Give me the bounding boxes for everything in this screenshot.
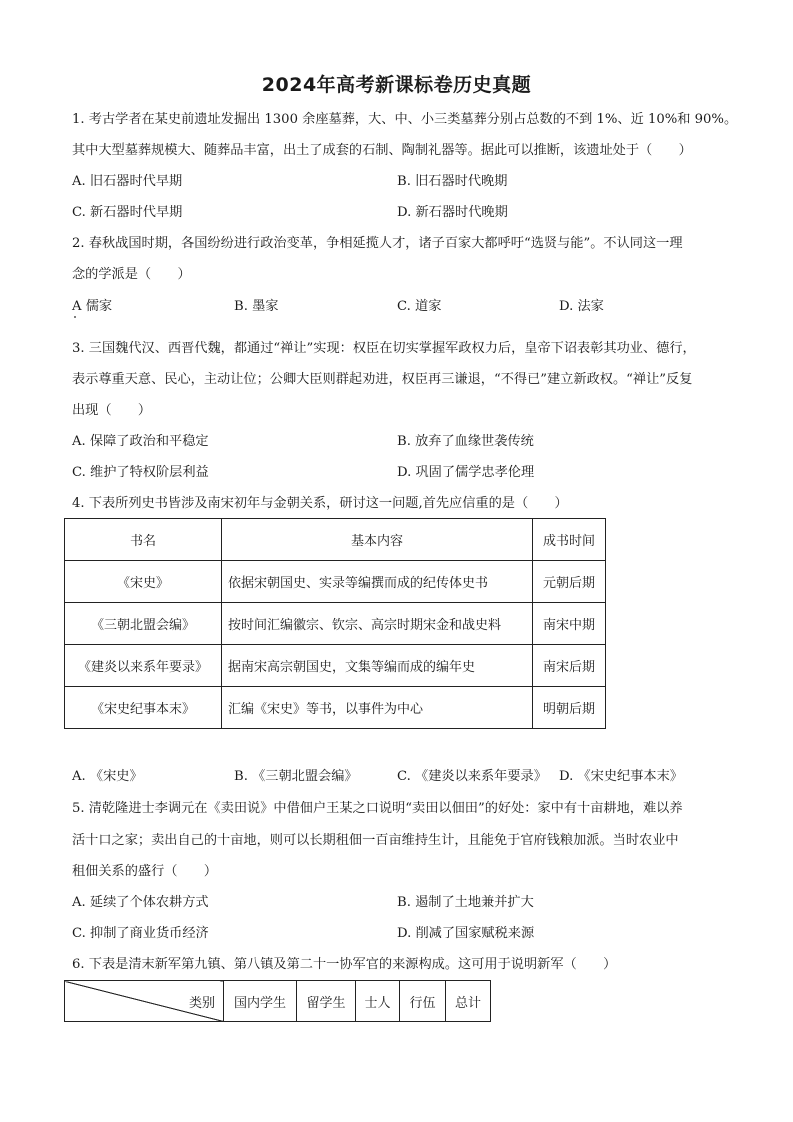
question-6-table: 类别 国内学生 留学生 士人 行伍 总计 xyxy=(64,980,491,1022)
table-header-cell: 行伍 xyxy=(400,981,446,1022)
table-row: 《宋史纪事本末》 汇编《宋史》等书，以事件为中心 明朝后期 xyxy=(65,687,606,729)
question-3-text-line-1: 3. 三国魏代汉、西晋代魏，都通过“禅让”实现：权臣在切实掌握军政权力后，皇帝下… xyxy=(72,340,696,358)
question-5-text-line-2: 活十口之家；卖出自己的十亩地，则可以长期租佃一百亩维持生计，且能免于官府钱粮加派… xyxy=(72,832,679,850)
table-header-cell: 总计 xyxy=(446,981,491,1022)
table-header-cell: 国内学生 xyxy=(224,981,297,1022)
question-2-option-a: A 儒家 xyxy=(72,298,112,316)
question-3-text-line-3: 出现（ ） xyxy=(72,402,151,420)
question-2-text-line-2: 念的学派是（ ） xyxy=(72,266,191,284)
question-5-option-c: C. 抑制了商业货币经济 xyxy=(72,925,209,943)
question-1-text-line-1: 1. 考古学者在某史前遗址发掘出 1300 余座墓葬，大、中、小三类墓葬分别占总… xyxy=(72,111,737,129)
table-header-cell: 士人 xyxy=(356,981,400,1022)
table-header-cell: 基本内容 xyxy=(222,519,533,561)
question-3-option-b: B. 放弃了血缘世袭传统 xyxy=(397,433,534,451)
question-1-text-line-2: 其中大型墓葬规模大、随葬品丰富，出土了成套的石制、陶制礼器等。据此可以推断，该遗… xyxy=(72,142,692,160)
question-1-option-b: B. 旧石器时代晚期 xyxy=(397,173,507,191)
question-3-option-a: A. 保障了政治和平稳定 xyxy=(72,433,209,451)
table-row: 《三朝北盟会编》 按时间汇编徽宗、钦宗、高宗时期宋金和战史料 南宋中期 xyxy=(65,603,606,645)
question-3-option-d: D. 巩固了儒学忠孝伦理 xyxy=(397,464,534,482)
diagonal-header-cell: 类别 xyxy=(65,981,224,1022)
table-cell: 元朝后期 xyxy=(533,561,606,603)
table-header-cell: 成书时间 xyxy=(533,519,606,561)
question-3-option-c: C. 维护了特权阶层利益 xyxy=(72,464,209,482)
stray-mark xyxy=(74,316,76,318)
table-cell: 据南宋高宗朝国史，文集等编而成的编年史 xyxy=(222,645,533,687)
table-header-row: 书名 基本内容 成书时间 xyxy=(65,519,606,561)
question-4-option-c: C. 《建炎以来系年要录》 xyxy=(397,768,547,786)
question-5-option-a: A. 延续了个体农耕方式 xyxy=(72,894,209,912)
question-4-option-d: D. 《宋史纪事本末》 xyxy=(559,768,683,786)
table-cell: 《三朝北盟会编》 xyxy=(65,603,222,645)
table-cell: 《建炎以来系年要录》 xyxy=(65,645,222,687)
table-cell: 汇编《宋史》等书，以事件为中心 xyxy=(222,687,533,729)
table-cell: 南宋后期 xyxy=(533,645,606,687)
page-title: 2024年高考新课标卷历史真题 xyxy=(0,70,793,97)
question-3-text-line-2: 表示尊重天意、民心，主动让位；公卿大臣则群起劝进，权臣再三谦退，“不得已”建立新… xyxy=(72,371,692,389)
question-1-option-c: C. 新石器时代早期 xyxy=(72,204,182,222)
question-5-text-line-3: 租佃关系的盛行（ ） xyxy=(72,863,217,881)
question-4-option-a: A. 《宋史》 xyxy=(72,768,143,786)
question-1-option-d: D. 新石器时代晚期 xyxy=(397,204,508,222)
table-cell: 南宋中期 xyxy=(533,603,606,645)
question-4-option-b: B. 《三朝北盟会编》 xyxy=(234,768,358,786)
question-2-text-line-1: 2. 春秋战国时期，各国纷纷进行政治变革，争相延揽人才，诸子百家大都呼吁“选贤与… xyxy=(72,235,683,253)
table-header-row: 类别 国内学生 留学生 士人 行伍 总计 xyxy=(65,981,491,1022)
question-5-option-d: D. 削减了国家赋税来源 xyxy=(397,925,534,943)
question-5-text-line-1: 5. 清乾隆进士李调元在《卖田说》中借佃户王某之口说明“卖田以佃田”的好处：家中… xyxy=(72,800,683,818)
question-1-option-a: A. 旧石器时代早期 xyxy=(72,173,182,191)
question-2-option-c: C. 道家 xyxy=(397,298,441,316)
table-cell: 依据宋朝国史、实录等编撰而成的纪传体史书 xyxy=(222,561,533,603)
table-cell: 《宋史》 xyxy=(65,561,222,603)
question-4-table: 书名 基本内容 成书时间 《宋史》 依据宋朝国史、实录等编撰而成的纪传体史书 元… xyxy=(64,518,606,729)
question-5-option-b: B. 遏制了土地兼并扩大 xyxy=(397,894,534,912)
question-2-option-b: B. 墨家 xyxy=(234,298,278,316)
table-cell: 《宋史纪事本末》 xyxy=(65,687,222,729)
table-cell: 按时间汇编徽宗、钦宗、高宗时期宋金和战史料 xyxy=(222,603,533,645)
question-6-text-line-1: 6. 下表是清末新军第九镇、第八镇及第二十一协军官的来源构成。这可用于说明新军（… xyxy=(72,956,616,974)
table-header-cell: 书名 xyxy=(65,519,222,561)
question-2-option-d: D. 法家 xyxy=(559,298,604,316)
table-row: 《建炎以来系年要录》 据南宋高宗朝国史，文集等编而成的编年史 南宋后期 xyxy=(65,645,606,687)
table-header-cell: 留学生 xyxy=(297,981,356,1022)
table-row: 《宋史》 依据宋朝国史、实录等编撰而成的纪传体史书 元朝后期 xyxy=(65,561,606,603)
table-cell: 明朝后期 xyxy=(533,687,606,729)
question-4-text-line-1: 4. 下表所列史书皆涉及南宋初年与金朝关系，研讨这一问题,首先应信重的是（ ） xyxy=(72,495,568,513)
